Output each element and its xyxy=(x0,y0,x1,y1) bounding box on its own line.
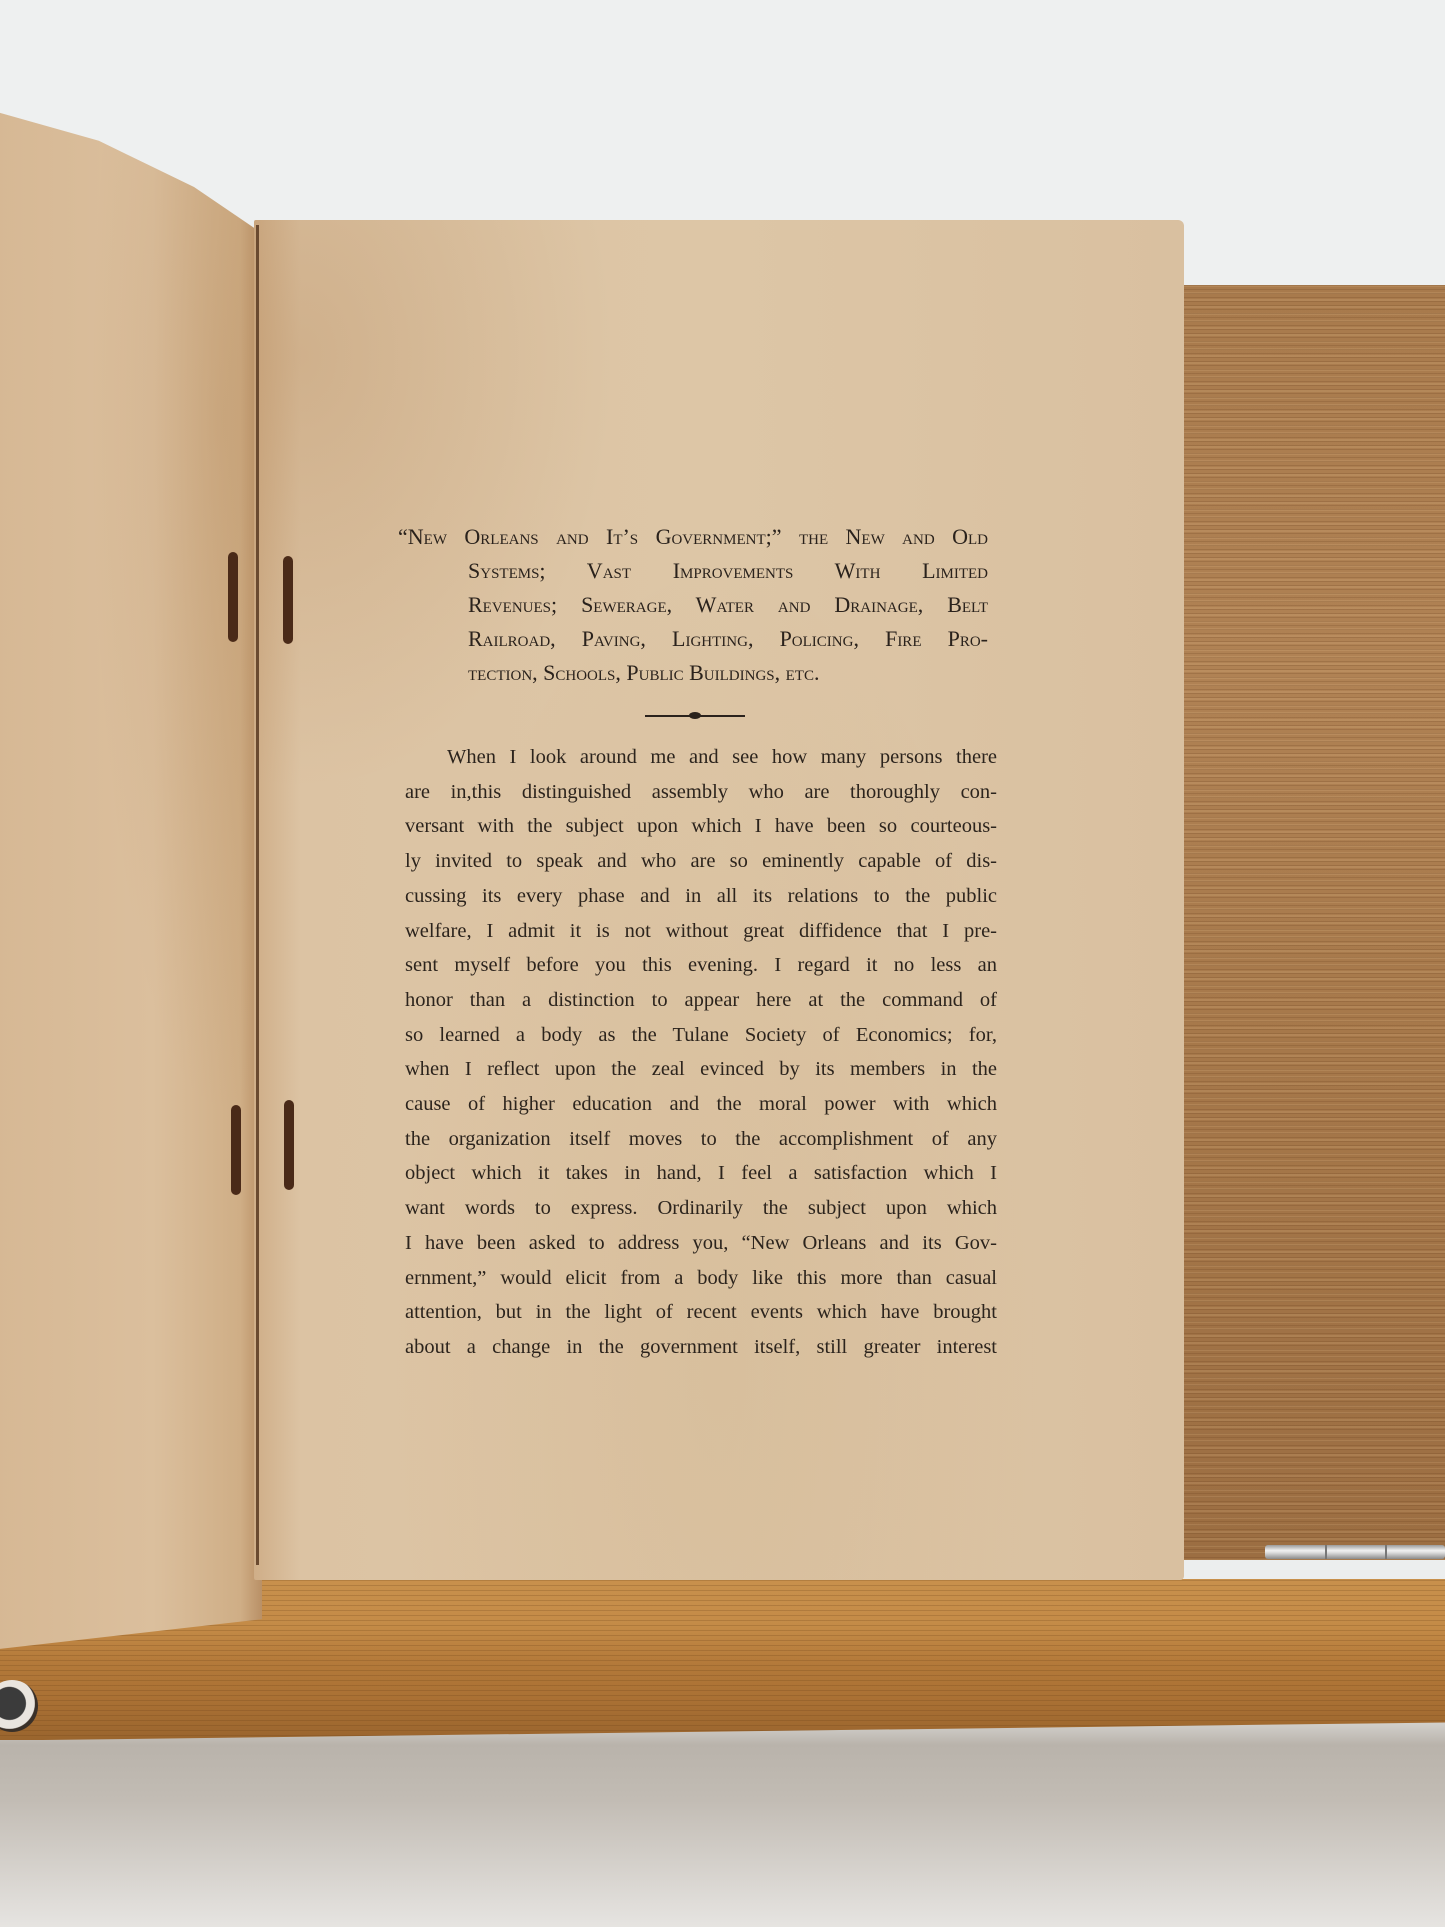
body-line: When I look around me and see how many p… xyxy=(405,740,997,775)
body-line: welfare, I admit it is not without great… xyxy=(405,914,997,949)
heading-line: Railroad, Paving, Lighting, Policing, Fi… xyxy=(398,622,988,656)
bamboo-backboard xyxy=(1163,285,1445,1560)
heading-line: Revenues; Sewerage, Water and Drainage, … xyxy=(398,588,988,622)
body-line: honor than a distinction to appear here … xyxy=(405,983,997,1018)
body-paragraph: When I look around me and see how many p… xyxy=(405,740,997,1365)
body-line: cause of higher education and the moral … xyxy=(405,1087,997,1122)
stitch-hole-lower-left xyxy=(231,1105,241,1195)
body-line: the organization itself moves to the acc… xyxy=(405,1122,997,1157)
body-line: attention, but in the light of recent ev… xyxy=(405,1295,997,1330)
left-blank-page xyxy=(0,110,262,1650)
heading-line: tection, Schools, Public Buildings, etc. xyxy=(398,656,988,690)
body-line: want words to express. Ordinarily the su… xyxy=(405,1191,997,1226)
body-line: are in,this distinguished assembly who a… xyxy=(405,775,997,810)
body-line: about a change in the government itself,… xyxy=(405,1330,997,1365)
body-line: ly invited to speak and who are so emine… xyxy=(405,844,997,879)
body-line: so learned a body as the Tulane Society … xyxy=(405,1018,997,1053)
stitch-hole-upper-left xyxy=(228,552,238,642)
heading-line: Systems; Vast Improvements With Limited xyxy=(398,554,988,588)
book-gutter xyxy=(256,225,259,1565)
body-line: cussing its every phase and in all its r… xyxy=(405,879,997,914)
chapter-heading: “New Orleans and It’s Government;” the N… xyxy=(398,520,988,690)
body-line: sent myself before you this evening. I r… xyxy=(405,948,997,983)
heading-line: “New Orleans and It’s Government;” the N… xyxy=(398,520,988,554)
divider-dot-icon xyxy=(689,712,701,719)
body-line: ernment,” would elicit from a body like … xyxy=(405,1261,997,1296)
body-line: object which it takes in hand, I feel a … xyxy=(405,1156,997,1191)
body-line: when I reflect upon the zeal evinced by … xyxy=(405,1052,997,1087)
body-line: versant with the subject upon which I ha… xyxy=(405,809,997,844)
body-line: I have been asked to address you, “New O… xyxy=(405,1226,997,1261)
metal-hinge xyxy=(1265,1545,1445,1559)
stitch-hole-upper-right xyxy=(283,556,293,644)
stitch-hole-lower-right xyxy=(284,1100,294,1190)
